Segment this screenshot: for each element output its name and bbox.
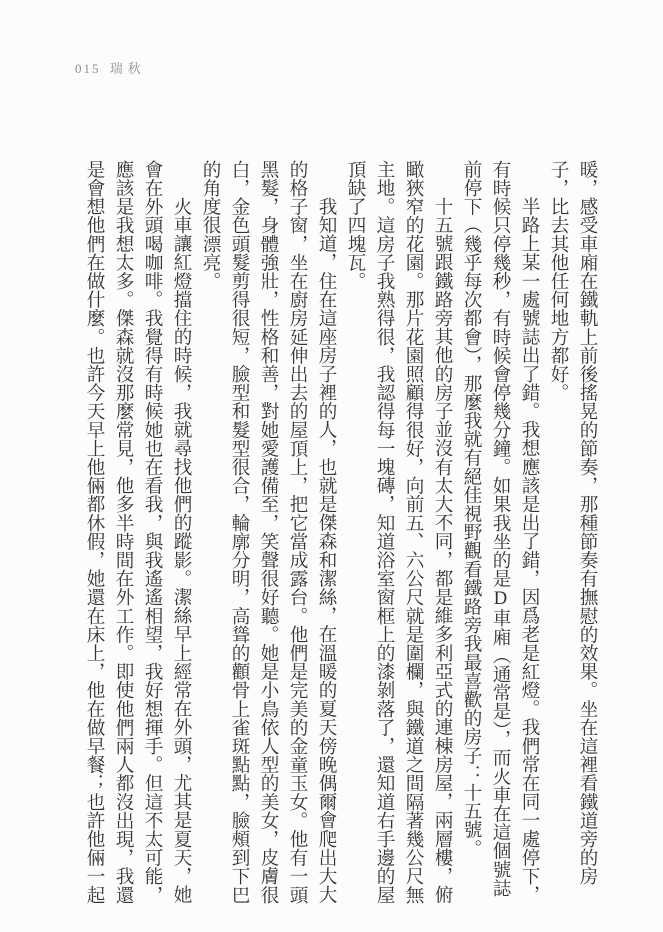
paragraph-4: 我知道，住在這座房子裡的人，也就是傑森和潔絲，在溫暖的夏天傍晚偶爾會爬出大大的格… — [196, 160, 341, 906]
chapter-title: 瑞秋 — [110, 61, 146, 76]
paragraph-2: 半路上某一處號誌出了錯。我想應該是出了錯，因爲老是紅燈。我們常在同一處停下，有時… — [457, 160, 544, 906]
book-page: 015 瑞秋 暖，感受車廂在鐵軌上前後搖晃的節奏，那種節奏有撫慰的效果。坐在這裡… — [0, 0, 663, 932]
page-header: 015 瑞秋 — [75, 58, 146, 77]
body-text-block: 暖，感受車廂在鐵軌上前後搖晃的節奏，那種節奏有撫慰的效果。坐在這裡看鐵道旁的房子… — [80, 160, 602, 906]
paragraph-5: 火車讓紅燈擋住的時候，我就尋找他們的蹤影。潔絲早上經常在外頭，尤其是夏天，她會在… — [80, 160, 196, 906]
page-number: 015 — [75, 61, 101, 76]
paragraph-3: 十五號跟鐵路旁其他的房子並沒有太大不同，都是維多利亞式的連棟房屋，兩層樓，俯瞰狹… — [341, 160, 457, 906]
paragraph-1: 暖，感受車廂在鐵軌上前後搖晃的節奏，那種節奏有撫慰的效果。坐在這裡看鐵道旁的房子… — [544, 160, 602, 906]
